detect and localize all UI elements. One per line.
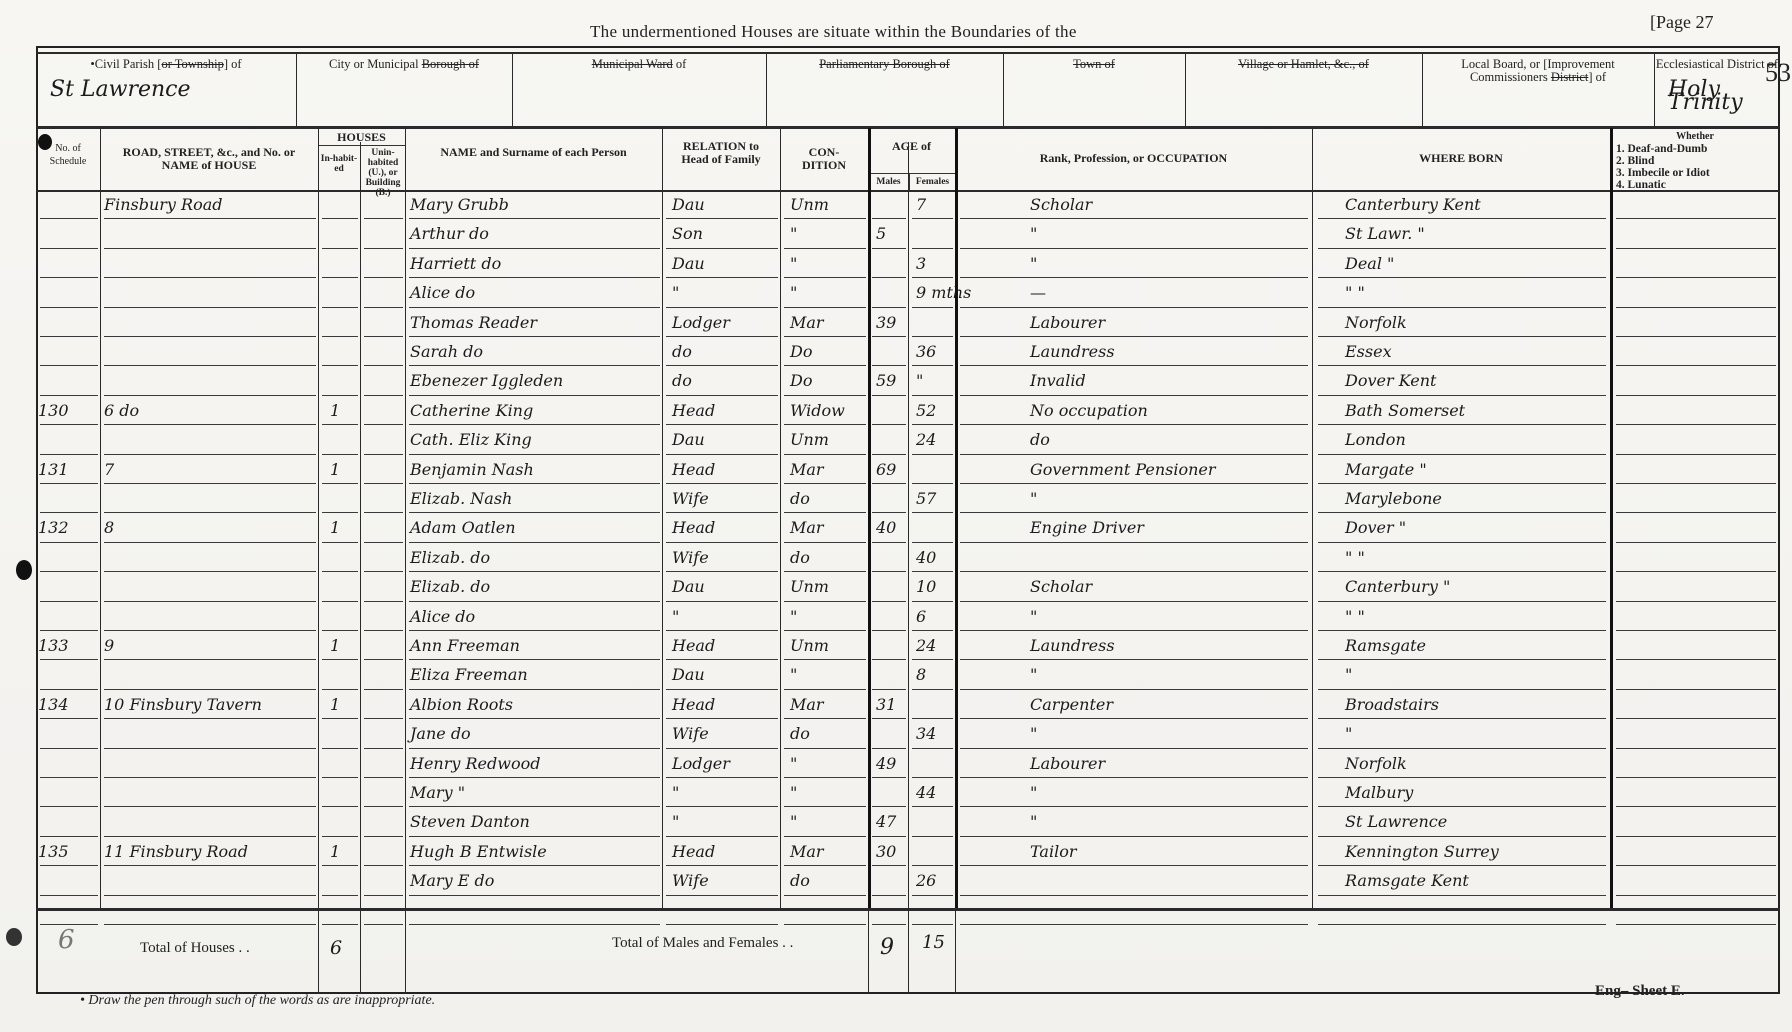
row-rule — [666, 630, 778, 631]
row-rule — [364, 218, 403, 219]
row-rule — [666, 542, 778, 543]
row-rule — [960, 806, 1308, 807]
ink-blot — [16, 560, 32, 580]
row-rule — [364, 483, 403, 484]
relation-cell: Head — [672, 460, 715, 480]
row-rule — [40, 483, 98, 484]
row-rule — [40, 307, 98, 308]
row-rule — [1318, 365, 1606, 366]
row-rule — [409, 336, 660, 337]
row-rule — [1616, 895, 1776, 896]
where-born-cell: " — [1345, 665, 1352, 685]
schedule-cell: 135 — [38, 842, 69, 862]
row-rule — [666, 454, 778, 455]
relation-cell: Son — [672, 224, 703, 244]
row-rule — [40, 454, 98, 455]
row-rule — [409, 454, 660, 455]
row-rule — [1616, 865, 1776, 866]
row-rule — [872, 365, 906, 366]
condition-cell: do — [790, 489, 810, 509]
female-age-cell: 36 — [916, 342, 936, 362]
row-rule — [1616, 454, 1776, 455]
row-rule — [784, 689, 866, 690]
row-rule — [784, 454, 866, 455]
row-rule — [1318, 248, 1606, 249]
where-born-cell: Norfolk — [1345, 754, 1407, 774]
row-rule — [784, 365, 866, 366]
sheet-label: Eng– Sheet E. — [1595, 983, 1685, 1000]
row-rule — [364, 718, 403, 719]
row-rule — [1318, 718, 1606, 719]
row-rule — [912, 659, 953, 660]
where-born-cell: Canterbury Kent — [1345, 195, 1481, 215]
total-persons-label: Total of Males and Females . . — [612, 935, 793, 952]
row-rule — [104, 748, 316, 749]
name-cell: Hugh B Entwisle — [410, 842, 547, 862]
row-rule — [784, 630, 866, 631]
row-rule — [322, 777, 358, 778]
where-born-cell: Margate " — [1345, 460, 1427, 480]
col-road-header: ROAD, STREET, &c., and No. or NAME of HO… — [100, 128, 318, 190]
where-born-cell: Essex — [1345, 342, 1392, 362]
row-rule — [104, 836, 316, 837]
row-rule — [912, 836, 953, 837]
row-rule — [960, 924, 1308, 925]
row-rule — [666, 895, 778, 896]
row-rule — [322, 571, 358, 572]
boundary-field-6: Local Board, or [Improvement Commissione… — [1422, 52, 1654, 126]
condition-cell: Mar — [790, 695, 824, 715]
row-rule — [104, 542, 316, 543]
row-rule — [784, 336, 866, 337]
row-rule — [872, 895, 906, 896]
row-rule — [872, 601, 906, 602]
row-rule — [1318, 512, 1606, 513]
condition-cell: do — [790, 871, 810, 891]
row-rule — [40, 571, 98, 572]
row-rule — [322, 307, 358, 308]
row-rule — [1616, 218, 1776, 219]
condition-cell: " — [790, 665, 797, 685]
row-rule — [364, 659, 403, 660]
row-rule — [872, 924, 906, 925]
occupation-cell: Carpenter — [1030, 695, 1113, 715]
row-rule — [784, 512, 866, 513]
row-rule — [40, 395, 98, 396]
row-rule — [104, 483, 316, 484]
column-rule — [1312, 128, 1313, 908]
inhabited-cell: 1 — [330, 401, 340, 421]
row-rule — [364, 454, 403, 455]
col-occupation-header: Rank, Profession, or OCCUPATION — [955, 128, 1312, 190]
female-age-cell: 10 — [916, 577, 936, 597]
column-rule — [405, 908, 406, 994]
row-rule — [364, 571, 403, 572]
row-rule — [872, 836, 906, 837]
occupation-cell: Scholar — [1030, 577, 1092, 597]
row-rule — [322, 924, 358, 925]
name-cell: Benjamin Nash — [410, 460, 534, 480]
col-where-born-header: WHERE BORN — [1312, 128, 1610, 190]
condition-cell: Mar — [790, 313, 824, 333]
row-rule — [322, 718, 358, 719]
name-cell: Elizab. do — [410, 577, 490, 597]
female-age-cell: 24 — [916, 636, 936, 656]
name-cell: Ebenezer Iggleden — [410, 371, 563, 391]
boundary-label: Municipal Ward of — [512, 52, 766, 71]
condition-cell: " — [790, 224, 797, 244]
row-rule — [1318, 895, 1606, 896]
where-born-cell: Canterbury " — [1345, 577, 1450, 597]
row-rule — [104, 365, 316, 366]
row-rule — [784, 395, 866, 396]
where-born-cell: Malbury — [1345, 783, 1413, 803]
row-rule — [666, 689, 778, 690]
row-rule — [784, 277, 866, 278]
row-rule — [784, 571, 866, 572]
relation-cell: do — [672, 371, 692, 391]
row-rule — [104, 395, 316, 396]
row-rule — [322, 512, 358, 513]
row-rule — [409, 424, 660, 425]
row-rule — [912, 365, 953, 366]
row-rule — [666, 424, 778, 425]
row-rule — [409, 895, 660, 896]
row-rule — [872, 454, 906, 455]
occupation-cell: do — [1030, 430, 1050, 450]
col-age-header: AGE of Males Females — [868, 128, 955, 190]
column-rule — [908, 908, 909, 994]
row-rule — [1318, 601, 1606, 602]
occupation-cell: " — [1030, 224, 1037, 244]
boundary-label: Town of — [1003, 52, 1185, 71]
row-rule — [912, 336, 953, 337]
row-rule — [912, 924, 953, 925]
row-rule — [104, 218, 316, 219]
column-rule — [100, 128, 101, 908]
relation-cell: Dau — [672, 665, 705, 685]
female-age-cell: 9 mths — [916, 283, 971, 303]
row-rule — [912, 806, 953, 807]
row-rule — [666, 836, 778, 837]
condition-cell: " — [790, 283, 797, 303]
row-rule — [912, 483, 953, 484]
row-rule — [960, 424, 1308, 425]
row-rule — [409, 571, 660, 572]
road-cell: 8 — [104, 518, 114, 538]
row-rule — [40, 777, 98, 778]
row-rule — [872, 630, 906, 631]
row-rule — [1616, 806, 1776, 807]
row-rule — [666, 659, 778, 660]
row-rule — [912, 248, 953, 249]
row-rule — [322, 248, 358, 249]
row-rule — [40, 336, 98, 337]
row-rule — [1318, 542, 1606, 543]
row-rule — [912, 601, 953, 602]
ink-blot — [6, 928, 22, 946]
row-rule — [104, 307, 316, 308]
row-rule — [666, 248, 778, 249]
relation-cell: Head — [672, 518, 715, 538]
occupation-cell: Tailor — [1030, 842, 1076, 862]
female-age-cell: 34 — [916, 724, 936, 744]
row-rule — [364, 601, 403, 602]
row-rule — [409, 365, 660, 366]
row-rule — [1616, 542, 1776, 543]
row-rule — [322, 395, 358, 396]
row-rule — [40, 895, 98, 896]
where-born-cell: " " — [1345, 548, 1365, 568]
row-rule — [960, 248, 1308, 249]
row-rule — [322, 836, 358, 837]
female-age-cell: 7 — [916, 195, 926, 215]
relation-cell: Head — [672, 842, 715, 862]
whether-item: 2. Blind — [1616, 155, 1780, 167]
occupation-cell: Invalid — [1030, 371, 1086, 391]
female-age-cell: 3 — [916, 254, 926, 274]
row-rule — [1616, 277, 1776, 278]
occupation-cell: " — [1030, 607, 1037, 627]
name-cell: Alice do — [410, 283, 475, 303]
row-rule — [960, 895, 1308, 896]
row-rule — [960, 365, 1308, 366]
row-rule — [364, 924, 403, 925]
row-rule — [784, 424, 866, 425]
row-rule — [872, 659, 906, 660]
row-rule — [784, 483, 866, 484]
column-rule — [955, 908, 956, 994]
row-rule — [322, 748, 358, 749]
row-rule — [912, 571, 953, 572]
row-rule — [104, 571, 316, 572]
row-rule — [409, 836, 660, 837]
row-rule — [104, 630, 316, 631]
row-rule — [784, 542, 866, 543]
row-rule — [364, 630, 403, 631]
relation-cell: Head — [672, 401, 715, 421]
row-rule — [960, 748, 1308, 749]
row-rule — [666, 218, 778, 219]
row-rule — [409, 395, 660, 396]
male-age-cell: 39 — [876, 313, 896, 333]
row-rule — [872, 395, 906, 396]
relation-cell: Dau — [672, 195, 705, 215]
relation-cell: Wife — [672, 489, 709, 509]
where-born-cell: Dover " — [1345, 518, 1406, 538]
occupation-cell: Government Pensioner — [1030, 460, 1216, 480]
row-rule — [409, 307, 660, 308]
inhabited-cell: 1 — [330, 460, 340, 480]
row-rule — [104, 336, 316, 337]
row-rule — [960, 836, 1308, 837]
row-rule — [960, 542, 1308, 543]
boundary-field-3: Parliamentary Borough of — [766, 52, 1003, 126]
row-rule — [872, 218, 906, 219]
occupation-cell: Engine Driver — [1030, 518, 1144, 538]
condition-cell: Mar — [790, 518, 824, 538]
name-cell: Jane do — [410, 724, 471, 744]
condition-cell: Do — [790, 371, 812, 391]
row-rule — [364, 336, 403, 337]
name-cell: Elizab. do — [410, 548, 490, 568]
where-born-cell: St Lawrence — [1345, 812, 1447, 832]
occupation-cell: " — [1030, 724, 1037, 744]
boundary-label: Village or Hamlet, &c., of — [1185, 52, 1422, 71]
row-rule — [364, 395, 403, 396]
row-rule — [666, 336, 778, 337]
row-rule — [409, 718, 660, 719]
row-rule — [784, 777, 866, 778]
row-rule — [322, 689, 358, 690]
boundary-label: Parliamentary Borough of — [766, 52, 1003, 71]
row-rule — [912, 689, 953, 690]
inhabited-cell: 1 — [330, 842, 340, 862]
row-rule — [666, 924, 778, 925]
col-houses-header: HOUSES In-habit-ed Unin-habited (U.), or… — [318, 128, 405, 190]
schedule-cell: 134 — [38, 695, 69, 715]
male-age-cell: 47 — [876, 812, 896, 832]
row-rule — [872, 777, 906, 778]
row-rule — [1318, 395, 1606, 396]
row-rule — [40, 806, 98, 807]
col-condition-header: CON-DITION — [780, 128, 868, 190]
row-rule — [322, 659, 358, 660]
row-rule — [1318, 424, 1606, 425]
where-born-cell: " — [1345, 724, 1352, 744]
row-rule — [666, 277, 778, 278]
name-cell: Arthur do — [410, 224, 489, 244]
page-title: The undermentioned Houses are situate wi… — [590, 22, 1077, 42]
row-rule — [40, 601, 98, 602]
row-rule — [40, 689, 98, 690]
row-rule — [784, 748, 866, 749]
occupation-cell: Scholar — [1030, 195, 1092, 215]
row-rule — [104, 806, 316, 807]
row-rule — [872, 277, 906, 278]
row-rule — [364, 689, 403, 690]
name-cell: Alice do — [410, 607, 475, 627]
row-rule — [364, 865, 403, 866]
row-rule — [960, 571, 1308, 572]
row-rule — [322, 218, 358, 219]
row-rule — [960, 395, 1308, 396]
relation-cell: Wife — [672, 548, 709, 568]
row-rule — [872, 424, 906, 425]
row-rule — [872, 248, 906, 249]
occupation-cell: " — [1030, 812, 1037, 832]
schedule-cell: 130 — [38, 401, 69, 421]
row-rule — [40, 659, 98, 660]
total-males-value: 9 — [880, 935, 894, 960]
row-rule — [960, 277, 1308, 278]
row-rule — [1318, 277, 1606, 278]
row-rule — [40, 512, 98, 513]
row-rule — [40, 365, 98, 366]
row-rule — [409, 483, 660, 484]
row-rule — [1318, 689, 1606, 690]
total-females-value: 15 — [922, 932, 945, 953]
condition-cell: " — [790, 754, 797, 774]
row-rule — [1318, 218, 1606, 219]
row-rule — [960, 218, 1308, 219]
name-cell: Thomas Reader — [410, 313, 537, 333]
row-rule — [40, 424, 98, 425]
row-rule — [960, 512, 1308, 513]
occupation-cell: Labourer — [1030, 313, 1105, 333]
row-rule — [666, 806, 778, 807]
name-cell: Henry Redwood — [410, 754, 540, 774]
enumeration-number: 53 — [1765, 58, 1791, 88]
row-rule — [104, 601, 316, 602]
female-age-cell: 44 — [916, 783, 936, 803]
name-cell: Mary E do — [410, 871, 494, 891]
where-born-cell: Broadstairs — [1345, 695, 1439, 715]
row-rule — [784, 307, 866, 308]
row-rule — [364, 307, 403, 308]
row-rule — [1616, 601, 1776, 602]
male-age-cell: 31 — [876, 695, 896, 715]
row-rule — [872, 483, 906, 484]
name-cell: Steven Danton — [410, 812, 530, 832]
where-born-cell: Dover Kent — [1345, 371, 1436, 391]
occupation-cell: Labourer — [1030, 754, 1105, 774]
divider — [36, 908, 1780, 911]
boundary-field-5: Village or Hamlet, &c., of — [1185, 52, 1422, 126]
row-rule — [1616, 659, 1776, 660]
condition-cell: Unm — [790, 577, 829, 597]
row-rule — [364, 836, 403, 837]
row-rule — [1318, 630, 1606, 631]
page-number: [Page 27 — [1650, 12, 1713, 33]
row-rule — [872, 571, 906, 572]
row-rule — [666, 365, 778, 366]
condition-cell: Mar — [790, 460, 824, 480]
row-rule — [912, 777, 953, 778]
row-rule — [784, 248, 866, 249]
name-cell: Mary Grubb — [410, 195, 509, 215]
column-rule — [868, 128, 871, 908]
boundary-label: Ecclesiastical District of — [1654, 52, 1780, 71]
where-born-cell: Marylebone — [1345, 489, 1442, 509]
row-rule — [322, 365, 358, 366]
boundary-value: Holy Trinity — [1654, 83, 1780, 109]
row-rule — [40, 748, 98, 749]
row-rule — [40, 542, 98, 543]
row-rule — [912, 454, 953, 455]
relation-cell: Head — [672, 695, 715, 715]
male-age-cell: 40 — [876, 518, 896, 538]
row-rule — [1318, 806, 1606, 807]
schedule-cell: 132 — [38, 518, 69, 538]
row-rule — [322, 542, 358, 543]
row-rule — [960, 630, 1308, 631]
female-age-cell: 24 — [916, 430, 936, 450]
row-rule — [666, 512, 778, 513]
row-rule — [1616, 571, 1776, 572]
row-rule — [872, 865, 906, 866]
row-rule — [1616, 424, 1776, 425]
row-rule — [1616, 689, 1776, 690]
relation-cell: Head — [672, 636, 715, 656]
relation-cell: " — [672, 283, 679, 303]
row-rule — [912, 512, 953, 513]
row-rule — [960, 777, 1308, 778]
male-age-cell: 49 — [876, 754, 896, 774]
condition-cell: " — [790, 783, 797, 803]
row-rule — [1616, 718, 1776, 719]
female-age-cell: 52 — [916, 401, 936, 421]
